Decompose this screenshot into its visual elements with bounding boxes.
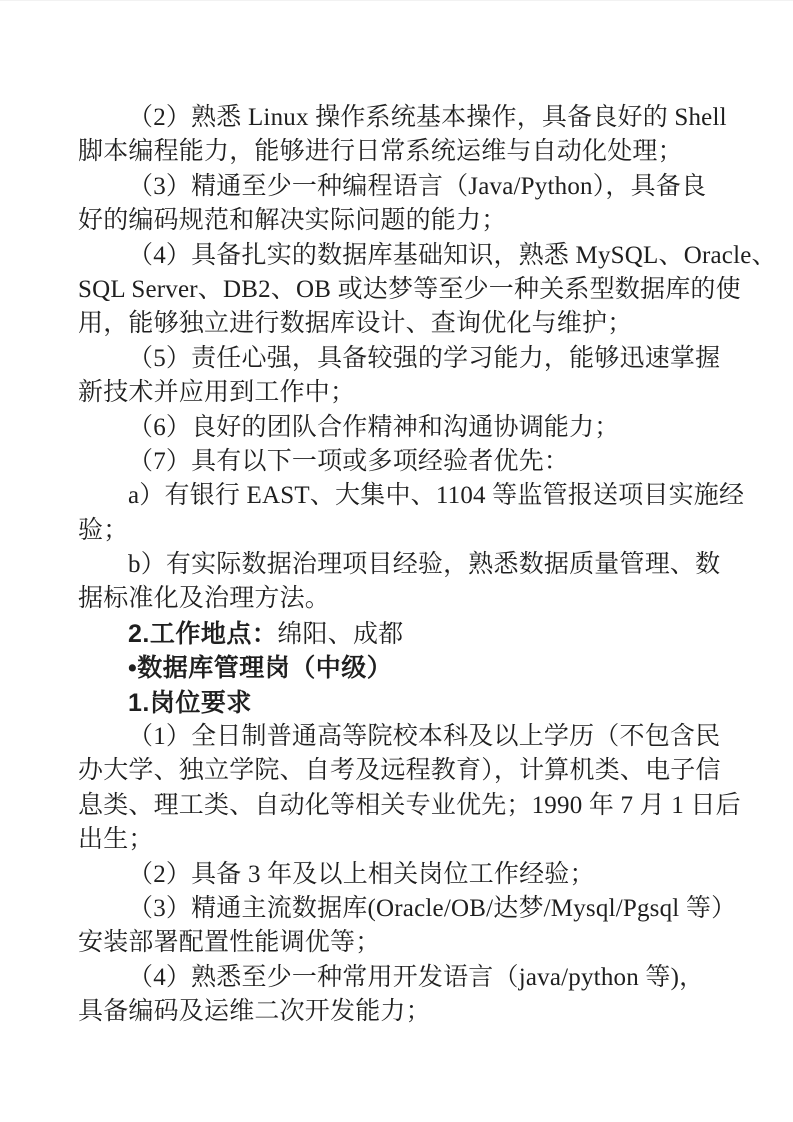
body-text: （7）具有以下一项或多项经验者优先：	[128, 448, 569, 475]
text-line: 1.岗位要求	[78, 686, 726, 720]
text-line: （2）具备 3 年及以上相关岗位工作经验；	[78, 858, 726, 892]
body-text: （6）良好的团队合作精神和沟通协调能力；	[128, 414, 620, 441]
text-line: （3）精通至少一种编程语言（Java/Python），具备良	[78, 170, 726, 204]
body-text: 验；	[78, 517, 128, 544]
text-line: 具备编码及运维二次开发能力；	[78, 995, 726, 1029]
body-text: 据标准化及治理方法。	[78, 585, 330, 612]
text-line: （2）熟悉 Linux 操作系统基本操作，具备良好的 Shell	[78, 101, 726, 135]
body-text: （1）全日制普通高等院校本科及以上学历（不包含民	[128, 723, 720, 750]
text-line: （4）具备扎实的数据库基础知识，熟悉 MySQL、Oracle、	[78, 239, 726, 273]
text-line: （5）责任心强，具备较强的学习能力，能够迅速掌握	[78, 342, 726, 376]
document-page: （2）熟悉 Linux 操作系统基本操作，具备良好的 Shell脚本编程能力，能…	[0, 0, 793, 1122]
text-line: b）有实际数据治理项目经验，熟悉数据质量管理、数	[78, 548, 726, 582]
body-text: 办大学、独立学院、自考及远程教育），计算机类、电子信	[78, 757, 721, 784]
body-text: 脚本编程能力，能够进行日常系统运维与自动化处理；	[78, 138, 683, 165]
body-text: 具备编码及运维二次开发能力；	[78, 998, 431, 1025]
body-text: （5）责任心强，具备较强的学习能力，能够迅速掌握	[128, 345, 720, 372]
text-line: 安装部署配置性能调优等；	[78, 926, 726, 960]
text-line: 2.工作地点：绵阳、成都	[78, 617, 726, 651]
heading-text: 2.工作地点：	[128, 620, 277, 648]
text-line: a）有银行 EAST、大集中、1104 等监管报送项目实施经	[78, 479, 726, 513]
heading-text: •数据库管理岗（中级）	[128, 654, 392, 682]
text-line: •数据库管理岗（中级）	[78, 651, 726, 685]
body-text: （4）熟悉至少一种常用开发语言（java/python 等)，	[128, 964, 704, 991]
body-text: （2）具备 3 年及以上相关岗位工作经验；	[128, 861, 595, 888]
body-text: （3）精通主流数据库(Oracle/OB/达梦/Mysql/Pgsql 等）	[128, 895, 736, 922]
text-line: 验；	[78, 514, 726, 548]
body-text: 息类、理工类、自动化等相关专业优先；1990 年 7 月 1 日后	[78, 792, 741, 819]
body-text: SQL Server、DB2、OB 或达梦等至少一种关系型数据库的使	[78, 276, 741, 303]
text-line: （3）精通主流数据库(Oracle/OB/达梦/Mysql/Pgsql 等）	[78, 892, 726, 926]
text-line: 好的编码规范和解决实际问题的能力；	[78, 204, 726, 238]
text-line: 办大学、独立学院、自考及远程教育），计算机类、电子信	[78, 754, 726, 788]
text-line: 脚本编程能力，能够进行日常系统运维与自动化处理；	[78, 135, 726, 169]
text-line: SQL Server、DB2、OB 或达梦等至少一种关系型数据库的使	[78, 273, 726, 307]
body-text: 出生；	[78, 826, 154, 853]
text-line: 新技术并应用到工作中；	[78, 376, 726, 410]
body-text: 用，能够独立进行数据库设计、查询优化与维护；	[78, 310, 632, 337]
heading-text: 1.岗位要求	[128, 689, 252, 717]
body-text: （3）精通至少一种编程语言（Java/Python），具备良	[128, 173, 706, 200]
text-line: （4）熟悉至少一种常用开发语言（java/python 等)，	[78, 961, 726, 995]
text-line: （1）全日制普通高等院校本科及以上学历（不包含民	[78, 720, 726, 754]
document-body: （2）熟悉 Linux 操作系统基本操作，具备良好的 Shell脚本编程能力，能…	[78, 101, 726, 1030]
body-text: 好的编码规范和解决实际问题的能力；	[78, 207, 506, 234]
body-text: b）有实际数据治理项目经验，熟悉数据质量管理、数	[128, 551, 720, 578]
text-line: 息类、理工类、自动化等相关专业优先；1990 年 7 月 1 日后	[78, 789, 726, 823]
body-text: 新技术并应用到工作中；	[78, 379, 355, 406]
text-line: （6）良好的团队合作精神和沟通协调能力；	[78, 411, 726, 445]
body-text: （4）具备扎实的数据库基础知识，熟悉 MySQL、Oracle、	[128, 242, 777, 269]
body-text: （2）熟悉 Linux 操作系统基本操作，具备良好的 Shell	[128, 104, 727, 131]
body-text: 绵阳、成都	[277, 621, 403, 648]
text-line: 用，能够独立进行数据库设计、查询优化与维护；	[78, 307, 726, 341]
text-line: （7）具有以下一项或多项经验者优先：	[78, 445, 726, 479]
body-text: 安装部署配置性能调优等；	[78, 929, 380, 956]
body-text: a）有银行 EAST、大集中、1104 等监管报送项目实施经	[128, 482, 744, 509]
text-line: 出生；	[78, 823, 726, 857]
text-line: 据标准化及治理方法。	[78, 582, 726, 616]
